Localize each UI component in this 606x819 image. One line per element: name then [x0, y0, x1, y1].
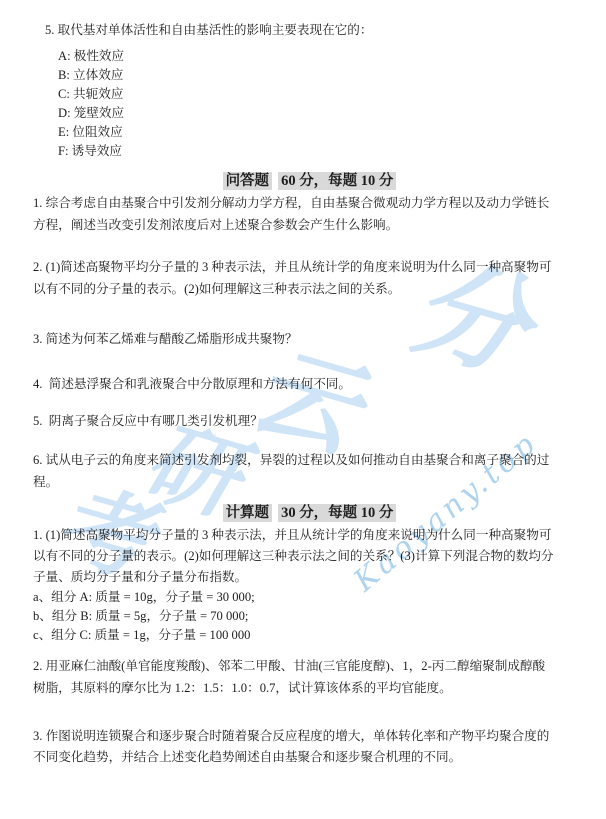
qa-section-title-label: 问答题	[223, 172, 273, 190]
calc-question-1: 1. (1)简述高聚物平均分子量的 3 种表示法，并且从统计学的角度来说明为什么…	[33, 525, 586, 588]
mcq-option-f: F: 诱导效应	[58, 142, 586, 161]
component-item-c: c、组分 C: 质量 = 1g，分子量 = 100 000	[33, 626, 586, 645]
question-line: 子量、质均分子量和分子量分布指数。	[33, 567, 586, 588]
component-item-a: a、组分 A: 质量 = 10g，分子量 = 30 000;	[33, 588, 586, 607]
qa-question-4: 4. 简述悬浮聚合和乳液聚合中分散原理和方法有何不同。	[33, 373, 586, 395]
question-line: 2. 用亚麻仁油酸(单官能度羧酸)、邻苯二甲酸、甘油(三官能度醇)、1，2-丙二…	[33, 655, 586, 677]
question-line: 以有不同的分子量的表示。(2)如何理解这三种表示法之间的关系。	[33, 278, 586, 300]
mcq-option-d: D: 笼壁效应	[58, 104, 586, 123]
question-line: 方程，阐述当改变引发剂浓度后对上述聚合参数会产生什么影响。	[33, 214, 586, 236]
mcq-question-stem: 5. 取代基对单体活性和自由基活性的影响主要表现在它的：	[45, 21, 586, 40]
component-item-b: b、组分 B: 质量 = 5g，分子量 = 70 000;	[33, 607, 586, 626]
question-line: 2. (1)简述高聚物平均分子量的 3 种表示法，并且从统计学的角度来说明为什么…	[33, 256, 586, 278]
qa-question-1: 1. 综合考虑自由基聚合中引发剂分解动力学方程，自由基聚合微观动力学方程以及动力…	[33, 192, 586, 236]
question-line: 5. 阴离子聚合反应中有哪几类引发机理？	[33, 410, 586, 432]
mcq-option-c: C: 共轭效应	[58, 85, 586, 104]
calc-component-list: a、组分 A: 质量 = 10g，分子量 = 30 000; b、组分 B: 质…	[33, 588, 586, 645]
qa-question-2: 2. (1)简述高聚物平均分子量的 3 种表示法，并且从统计学的角度来说明为什么…	[33, 256, 586, 300]
question-line: 3. 简述为何苯乙烯难与醋酸乙烯脂形成共聚物？	[33, 328, 586, 350]
qa-section-title: 问答题60 分，每题 10 分	[33, 171, 586, 191]
mcq-option-e: E: 位阻效应	[58, 123, 586, 142]
question-line: 程。	[33, 471, 586, 493]
question-line: 1. (1)简述高聚物平均分子量的 3 种表示法，并且从统计学的角度来说明为什么…	[33, 525, 586, 546]
qa-question-5: 5. 阴离子聚合反应中有哪几类引发机理？	[33, 410, 586, 432]
question-line: 3. 作图说明连锁聚合和逐步聚合时随着聚合反应程度的增大，单体转化率和产物平均聚…	[33, 726, 586, 747]
question-line: 1. 综合考虑自由基聚合中引发剂分解动力学方程，自由基聚合微观动力学方程以及动力…	[33, 192, 586, 214]
document-content: 5. 取代基对单体活性和自由基活性的影响主要表现在它的： A: 极性效应 B: …	[0, 0, 606, 768]
calc-section-title-label: 计算题	[223, 504, 273, 522]
mcq-options: A: 极性效应 B: 立体效应 C: 共轭效应 D: 笼壁效应 E: 位阻效应 …	[58, 47, 586, 161]
mcq-option-a: A: 极性效应	[58, 47, 586, 66]
calc-question-3: 3. 作图说明连锁聚合和逐步聚合时随着聚合反应程度的增大，单体转化率和产物平均聚…	[33, 726, 586, 768]
qa-section-title-points: 60 分，每题 10 分	[278, 172, 396, 190]
question-line: 树脂，其原料的摩尔比为 1.2：1.5：1.0：0.7，试计算该体系的平均官能度…	[33, 677, 586, 699]
calc-section-title-points: 30 分，每题 10 分	[278, 504, 396, 522]
mcq-option-b: B: 立体效应	[58, 66, 586, 85]
calc-question-2: 2. 用亚麻仁油酸(单官能度羧酸)、邻苯二甲酸、甘油(三官能度醇)、1，2-丙二…	[33, 655, 586, 699]
question-line: 4. 简述悬浮聚合和乳液聚合中分散原理和方法有何不同。	[33, 373, 586, 395]
question-line: 不同变化趋势，并结合上述变化趋势阐述自由基聚合和逐步聚合机理的不同。	[33, 747, 586, 768]
mcq-question-5: 5. 取代基对单体活性和自由基活性的影响主要表现在它的： A: 极性效应 B: …	[33, 21, 586, 161]
qa-question-6: 6. 试从电子云的角度来简述引发剂均裂，异裂的过程以及如何推动自由基聚合和离子聚…	[33, 449, 586, 493]
question-line: 以有不同的分子量的表示。(2)如何理解这三种表示法之间的关系？(3)计算下列混合…	[33, 546, 586, 567]
question-line: 6. 试从电子云的角度来简述引发剂均裂，异裂的过程以及如何推动自由基聚合和离子聚…	[33, 449, 586, 471]
document-page: 考 研 云 分 Kaoyany.top 5. 取代基对单体活性和自由基活性的影响…	[0, 0, 606, 819]
qa-question-3: 3. 简述为何苯乙烯难与醋酸乙烯脂形成共聚物？	[33, 328, 586, 350]
calc-section-title: 计算题30 分，每题 10 分	[33, 503, 586, 523]
